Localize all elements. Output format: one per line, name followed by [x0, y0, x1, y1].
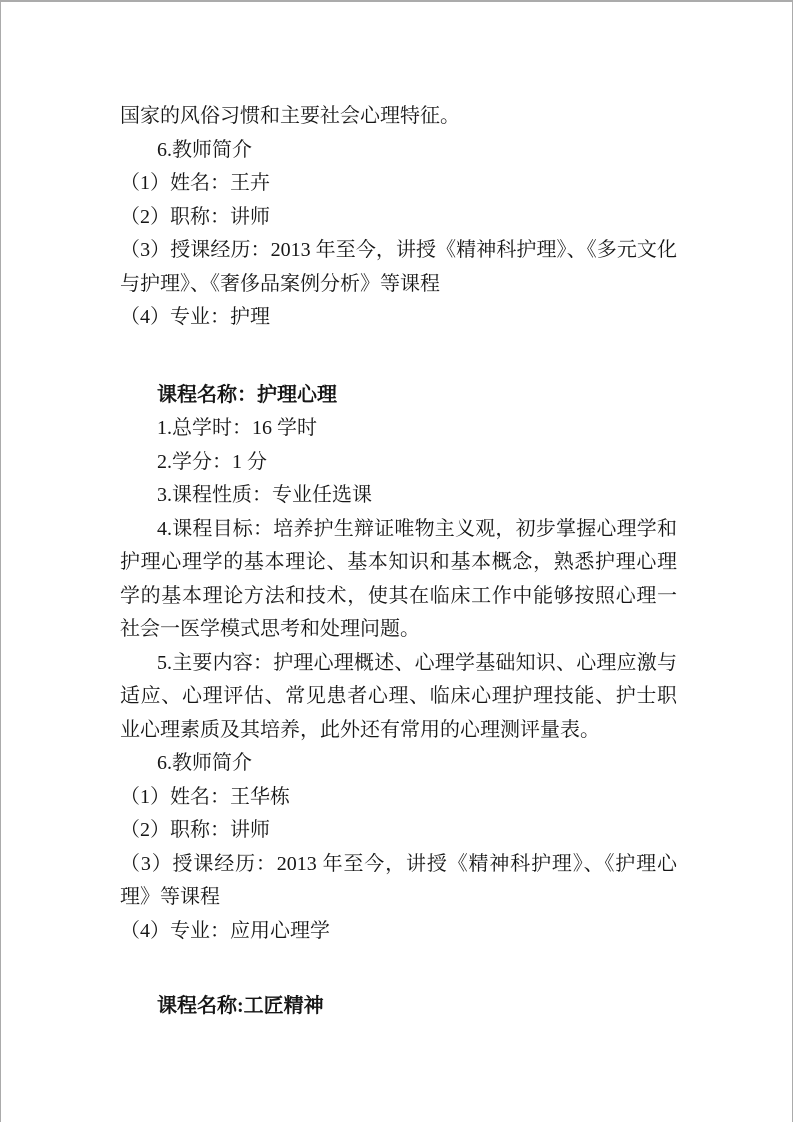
para-teacher-major-1: （4）专业：护理 — [120, 301, 677, 335]
para-credits: 2.学分：1 分 — [120, 446, 677, 480]
para-main-content: 5.主要内容：护理心理概述、心理学基础知识、心理应激与适应、心理评估、常见患者心… — [120, 647, 677, 748]
page-text-area: 国家的风俗习惯和主要社会心理特征。 6.教师简介 （1）姓名：王卉 （2）职称：… — [120, 100, 677, 1024]
para-social-psychology-continuation: 国家的风俗习惯和主要社会心理特征。 — [120, 100, 677, 134]
para-teaching-experience-1: （3）授课经历：2013 年至今，讲授《精神科护理》、《多元文化与护理》、《奢侈… — [120, 234, 677, 301]
para-teacher-title-1: （2）职称：讲师 — [120, 201, 677, 235]
para-teacher-name-2: （1）姓名：王华栋 — [120, 781, 677, 815]
para-teacher-intro-label-1: 6.教师简介 — [120, 134, 677, 168]
heading-course-name-nursing-psychology: 课程名称：护理心理 — [120, 379, 677, 413]
document-page: 国家的风俗习惯和主要社会心理特征。 6.教师简介 （1）姓名：王卉 （2）职称：… — [0, 0, 793, 1122]
para-teacher-intro-label-2: 6.教师简介 — [120, 747, 677, 781]
para-total-class-hours: 1.总学时：16 学时 — [120, 412, 677, 446]
para-teacher-major-2: （4）专业：应用心理学 — [120, 915, 677, 949]
para-teaching-experience-2: （3）授课经历：2013 年至今，讲授《精神科护理》、《护理心理》等课程 — [120, 848, 677, 915]
heading-course-name-craftsman-spirit: 课程名称:工匠精神 — [120, 990, 677, 1024]
para-teacher-title-2: （2）职称：讲师 — [120, 814, 677, 848]
para-course-type: 3.课程性质：专业任选课 — [120, 479, 677, 513]
para-teacher-name-1: （1）姓名：王卉 — [120, 167, 677, 201]
para-course-objectives: 4.课程目标：培养护生辩证唯物主义观，初步掌握心理学和护理心理学的基本理论、基本… — [120, 513, 677, 647]
